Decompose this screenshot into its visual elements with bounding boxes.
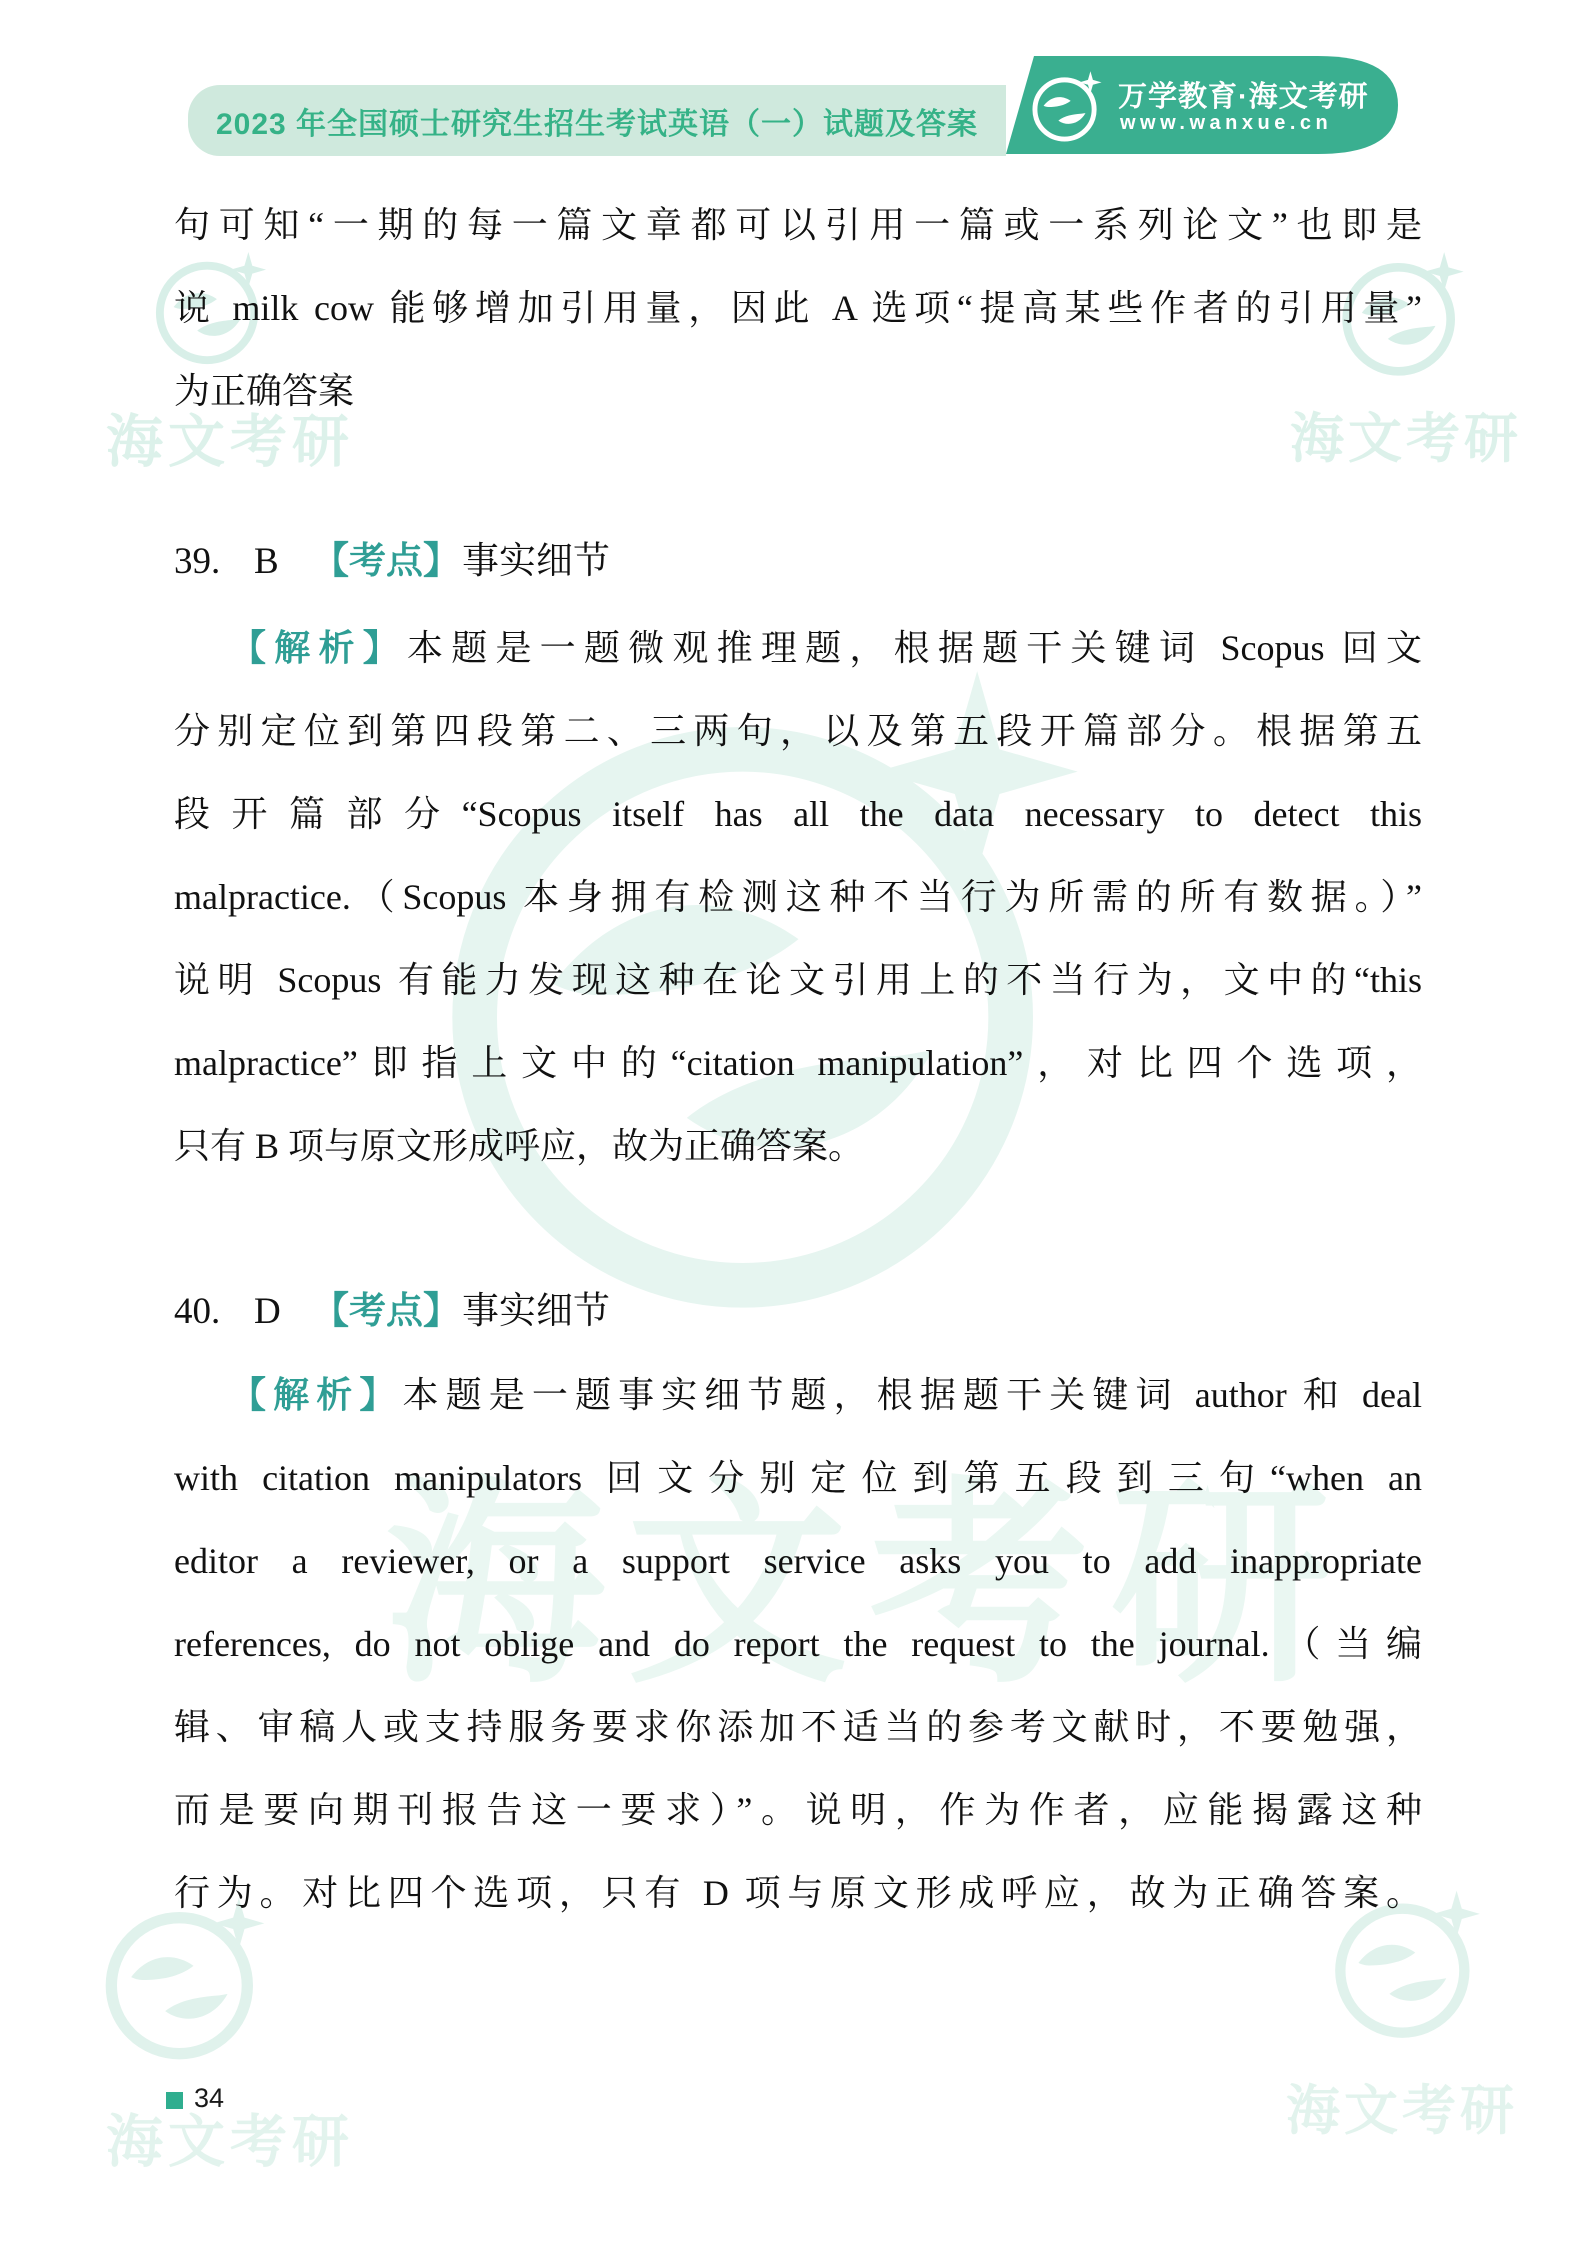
- body-line: 说 milk cow 能够增加引用量，因此 A 选项“提高某些作者的引用量”: [174, 267, 1422, 350]
- analysis-line: editor a reviewer, or a support service …: [174, 1520, 1422, 1603]
- watermark-text: 海文考研: [1286, 2068, 1518, 2145]
- analysis-line: references, do not oblige and do report …: [174, 1603, 1422, 1686]
- analysis-line: 段开篇部分“Scopus itself has all the data nec…: [174, 773, 1422, 856]
- analysis-line: 而是要向期刊报告这一要求）”。说明，作为作者，应能揭露这种: [174, 1769, 1422, 1852]
- analysis-line: 【解析】本题是一题微观推理题，根据题干关键词 Scopus 回文: [174, 607, 1422, 690]
- analysis-line: 只有 B 项与原文形成呼应，故为正确答案。: [174, 1105, 1422, 1188]
- question-40-heading: 40. D 【考点】 事实细节: [174, 1270, 1422, 1353]
- answer-letter: D: [254, 1270, 312, 1353]
- page-title: 2023 年全国硕士研究生招生考试英语（一）试题及答案: [216, 99, 978, 143]
- brand-website: www.wanxue.cn: [1120, 112, 1400, 135]
- answer-letter: B: [254, 520, 312, 603]
- analysis-text: 本题是一题事实细节题，根据题干关键词 author 和 deal: [402, 1375, 1422, 1415]
- analysis-line: with citation manipulators 回文分别定位到第五段到三句…: [174, 1437, 1422, 1520]
- body-line: 句可知“一期的每一篇文章都可以引用一篇或一系列论文”也即是: [174, 184, 1422, 267]
- analysis-line: 辑、审稿人或支持服务要求你添加不适当的参考文献时，不要勉强，: [174, 1686, 1422, 1769]
- question-39-analysis: 【解析】本题是一题微观推理题，根据题干关键词 Scopus 回文 分别定位到第四…: [174, 607, 1422, 1188]
- brand-logo-icon: [1030, 70, 1104, 144]
- analysis-line: 行为。对比四个选项，只有 D 项与原文形成呼应，故为正确答案。: [174, 1852, 1422, 1935]
- analysis-line: 【解析】本题是一题事实细节题，根据题干关键词 author 和 deal: [174, 1354, 1422, 1437]
- question-number: 40.: [174, 1270, 254, 1353]
- watermark-text: 海文考研: [106, 2096, 354, 2178]
- analysis-marker: 【解析】: [230, 628, 407, 668]
- page-number-marker: [166, 2092, 183, 2109]
- point-text: 事实细节: [462, 1270, 610, 1353]
- analysis-text: 本题是一题微观推理题，根据题干关键词 Scopus 回文: [407, 628, 1422, 668]
- brand-name: 万学教育·海文考研: [1118, 74, 1398, 115]
- question-39-heading: 39. B 【考点】 事实细节: [174, 520, 1422, 603]
- header-bar: 2023 年全国硕士研究生招生考试英语（一）试题及答案: [188, 85, 1006, 156]
- analysis-line: malpractice.（Scopus 本身拥有检测这种不当行为所需的所有数据。…: [174, 856, 1422, 939]
- document-page: 海文考研 海文考研 海文考研 海文考研 海文考研 2023 年全国硕士研究生招生…: [0, 0, 1587, 2245]
- analysis-line: 说明 Scopus 有能力发现这种在论文引用上的不当行为，文中的“this: [174, 939, 1422, 1022]
- point-marker: 【考点】: [312, 520, 460, 603]
- page-number: 34: [194, 2083, 224, 2114]
- analysis-marker: 【解析】: [230, 1375, 402, 1415]
- point-marker: 【考点】: [312, 1270, 460, 1353]
- analysis-line: 分别定位到第四段第二、三两句，以及第五段开篇部分。根据第五: [174, 690, 1422, 773]
- point-text: 事实细节: [462, 520, 610, 603]
- question-number: 39.: [174, 520, 254, 603]
- body-line: 为正确答案: [174, 350, 1422, 433]
- intro-paragraph: 句可知“一期的每一篇文章都可以引用一篇或一系列论文”也即是 说 milk cow…: [174, 184, 1422, 433]
- analysis-line: malpractice”即指上文中的“citation manipulation…: [174, 1022, 1422, 1105]
- question-40-analysis: 【解析】本题是一题事实细节题，根据题干关键词 author 和 deal wit…: [174, 1354, 1422, 1935]
